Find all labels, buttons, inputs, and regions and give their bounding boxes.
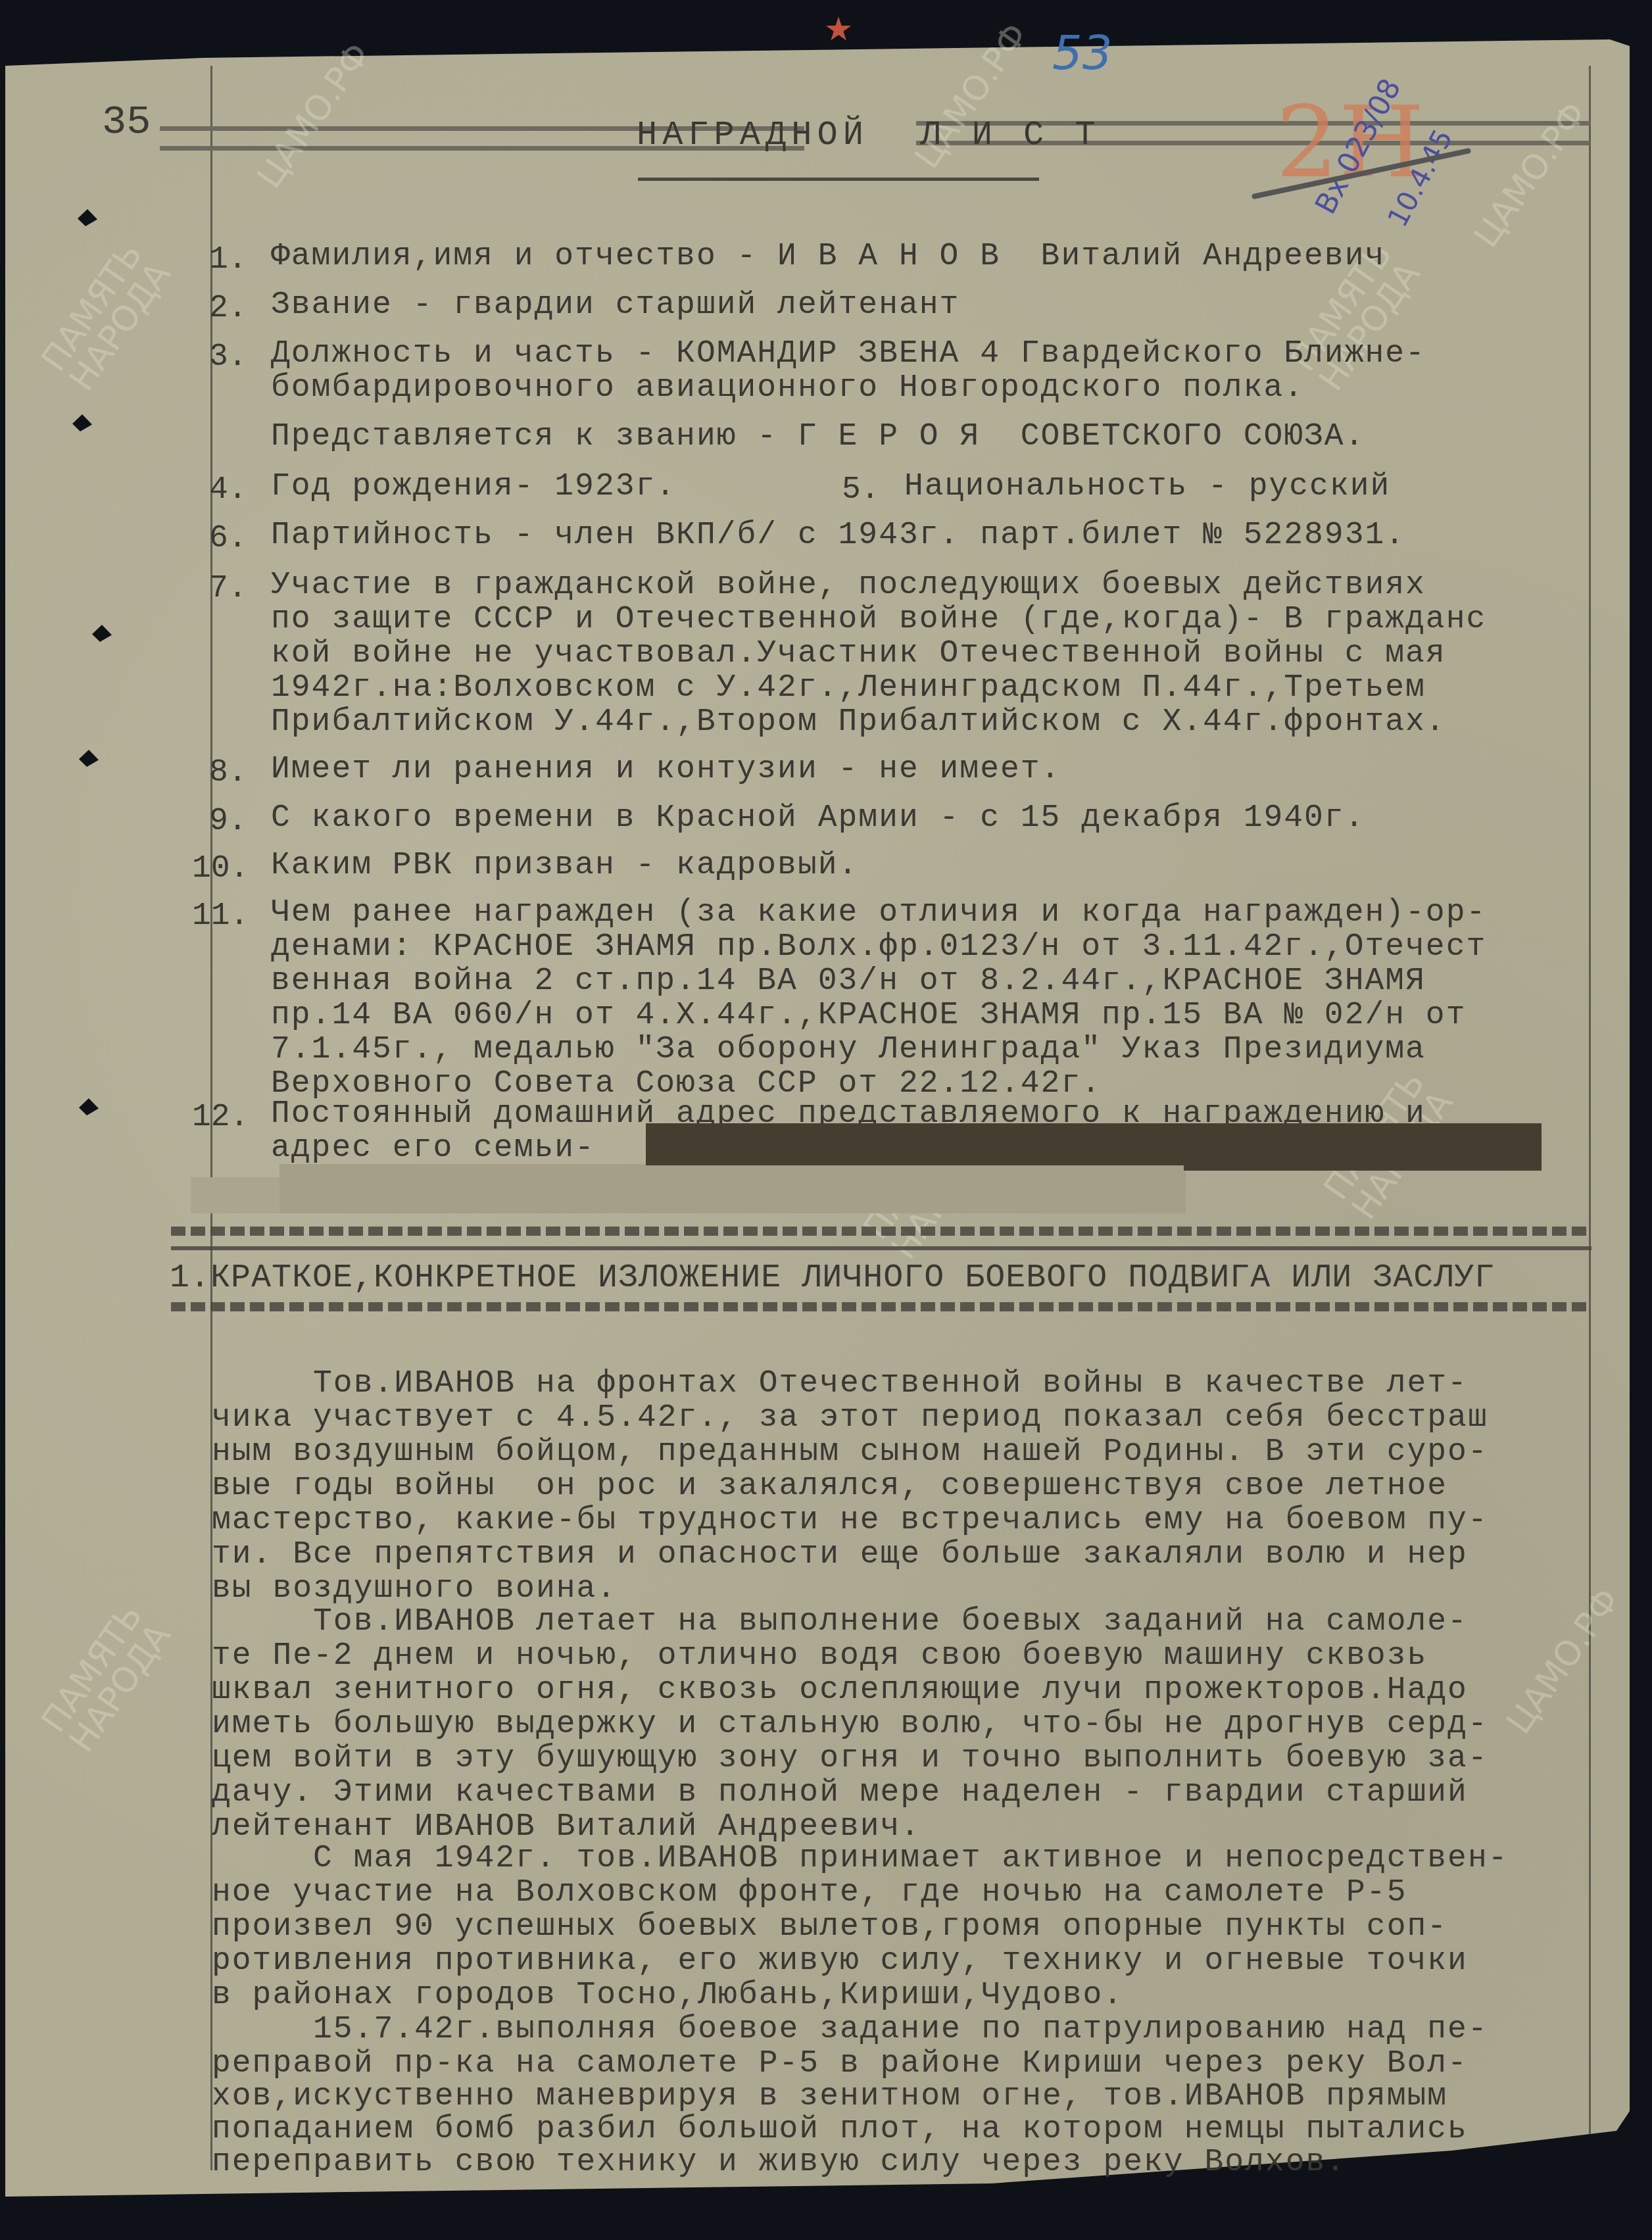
narrative-line: 15.7.42г.выполняя боевое задание по патр… — [212, 2012, 1488, 2047]
field-previous-awards: 7.1.45г., медалью "За оборону Ленинграда… — [271, 1033, 1426, 1067]
field-number: 7. — [209, 571, 247, 606]
field-previous-awards: Чем ранее награжден (за какие отличия и … — [271, 896, 1486, 930]
field-previous-awards: пр.14 ВА 060/н от 4.Х.44г.,КРАСНОЕ ЗНАМЯ… — [271, 998, 1466, 1033]
field-full-name: Фамилия,имя и отчество - И В А Н О В Вит… — [271, 239, 1385, 274]
field-previous-awards: денами: КРАСНОЕ ЗНАМЯ пр.Волх.фр.0123/н … — [271, 930, 1486, 964]
field-number: 9. — [209, 804, 247, 839]
field-number: 8. — [209, 755, 247, 791]
field-draft-office: Каким РВК призван - кадровый. — [271, 848, 858, 883]
narrative-line: С мая 1942г. тов.ИВАНОВ принимает активн… — [212, 1841, 1509, 1876]
field-number: 6. — [209, 521, 247, 556]
field-war-participation: кой войне не участвовал.Участник Отечест… — [271, 637, 1446, 671]
narrative-line: ное участие на Волховском фронте, где но… — [212, 1876, 1407, 1910]
archive-page-number: 35 — [102, 99, 151, 145]
narrative-line: мастерство, какие-бы трудности не встреч… — [212, 1503, 1488, 1538]
field-war-participation: Прибалтийском У.44г.,Втором Прибалтийско… — [271, 705, 1446, 739]
narrative-line: иметь большую выдержку и стальную волю, … — [212, 1707, 1488, 1741]
right-frame-line — [1589, 66, 1591, 2137]
redaction-block — [279, 1164, 1186, 1213]
field-number: 2. — [209, 291, 247, 326]
narrative-line: цем войти в эту бушующую зону огня и точ… — [212, 1741, 1488, 1776]
registration-stamp: 2Н Вх 023/08 10.4.45 — [1269, 39, 1440, 210]
page-title: НАГРАДНОЙ Л И С Т — [637, 118, 1101, 153]
field-number: 5. — [842, 472, 880, 508]
narrative-line: реправой пр-ка на самолете Р-5 в районе … — [212, 2047, 1468, 2081]
narrative-line: произвел 90 успешных боевых вылетов,гром… — [212, 1910, 1447, 1944]
typed-separator — [171, 1246, 1591, 1250]
field-position-line2: бомбардировочного авиационного Новгородс… — [271, 371, 1304, 405]
field-number: 10. — [192, 851, 249, 887]
field-party: Партийность - член ВКП/б/ с 1943г. парт.… — [271, 518, 1405, 552]
field-war-participation: Участие в гражданской войне, последующих… — [271, 568, 1426, 602]
narrative-line: ным воздушным бойцом, преданным сыном на… — [212, 1435, 1488, 1469]
field-nationality: Национальность - русский — [904, 470, 1390, 504]
field-war-participation: 1942г.на:Волховском с У.42г.,Ленинградск… — [271, 671, 1426, 705]
field-number: 11. — [192, 898, 249, 934]
narrative-line: те Пе-2 днем и ночью, отлично водя свою … — [212, 1639, 1427, 1673]
section-heading: 1.КРАТКОЕ,КОНКРЕТНОЕ ИЗЛОЖЕНИЕ ЛИЧНОГО Б… — [170, 1261, 1495, 1296]
red-star-icon: ★ — [815, 7, 862, 53]
field-number: 12. — [192, 1100, 249, 1135]
title-underline — [638, 178, 1039, 181]
handwritten-folio: 53 — [1052, 25, 1113, 80]
narrative-line: ротивления противника, его живую силу, т… — [212, 1944, 1468, 1978]
narrative-line: в районах городов Тосно,Любань,Кириши,Чу… — [212, 1978, 1123, 2012]
field-war-participation: по защите СССР и Отечественной войне (гд… — [271, 602, 1486, 637]
field-previous-awards: венная война 2 ст.пр.14 ВА 03/н от 8.2.4… — [271, 964, 1426, 998]
field-number: 4. — [209, 472, 247, 508]
field-wounds: Имеет ли ранения и контузии - не имеет. — [271, 752, 1061, 787]
nominated-for: Представляется к званию - Г Е Р О Я СОВЕ… — [271, 420, 1365, 454]
field-number: 3. — [209, 339, 247, 375]
narrative-line: попаданием бомб разбил большой плот, на … — [212, 2112, 1468, 2147]
narrative-line: хов,искуственно маневрируя в зенитном ог… — [212, 2080, 1447, 2114]
field-service-since: С какого времени в Красной Армии - с 15 … — [271, 801, 1365, 835]
narrative-line: шквал зенитного огня, сквозь ослепляющие… — [212, 1673, 1468, 1707]
field-birth-year: Год рождения- 1923г. — [271, 470, 676, 504]
field-rank: Звание - гвардии старший лейтенант — [271, 288, 960, 322]
typed-separator — [171, 1302, 1591, 1311]
field-family-address: адрес его семьи- — [271, 1131, 595, 1165]
narrative-line: ти. Все препятствия и опасности еще боль… — [212, 1538, 1468, 1572]
narrative-line: Тов.ИВАНОВ летает на выполнение боевых з… — [212, 1605, 1468, 1639]
field-number: 1. — [209, 242, 247, 278]
redaction-block — [191, 1177, 283, 1213]
narrative-line: переправить свою технику и живую силу че… — [212, 2145, 1346, 2179]
redaction-block — [1184, 1164, 1542, 1171]
narrative-line: дачу. Этими качествами в полной мере над… — [212, 1776, 1468, 1810]
redaction-block — [646, 1123, 1542, 1165]
narrative-line: вые годы войны он рос и закалялся, совер… — [212, 1469, 1447, 1503]
narrative-line: вы воздушного воина. — [212, 1572, 617, 1606]
field-position-line1: Должность и часть - КОМАНДИР ЗВЕНА 4 Гва… — [271, 337, 1426, 371]
typed-separator — [171, 1227, 1591, 1236]
narrative-line: Тов.ИВАНОВ на фронтах Отечественной войн… — [212, 1367, 1468, 1401]
narrative-line: лейтенант ИВАНОВ Виталий Андреевич. — [212, 1810, 921, 1844]
narrative-line: чика участвует с 4.5.42г., за этот перио… — [212, 1401, 1488, 1435]
